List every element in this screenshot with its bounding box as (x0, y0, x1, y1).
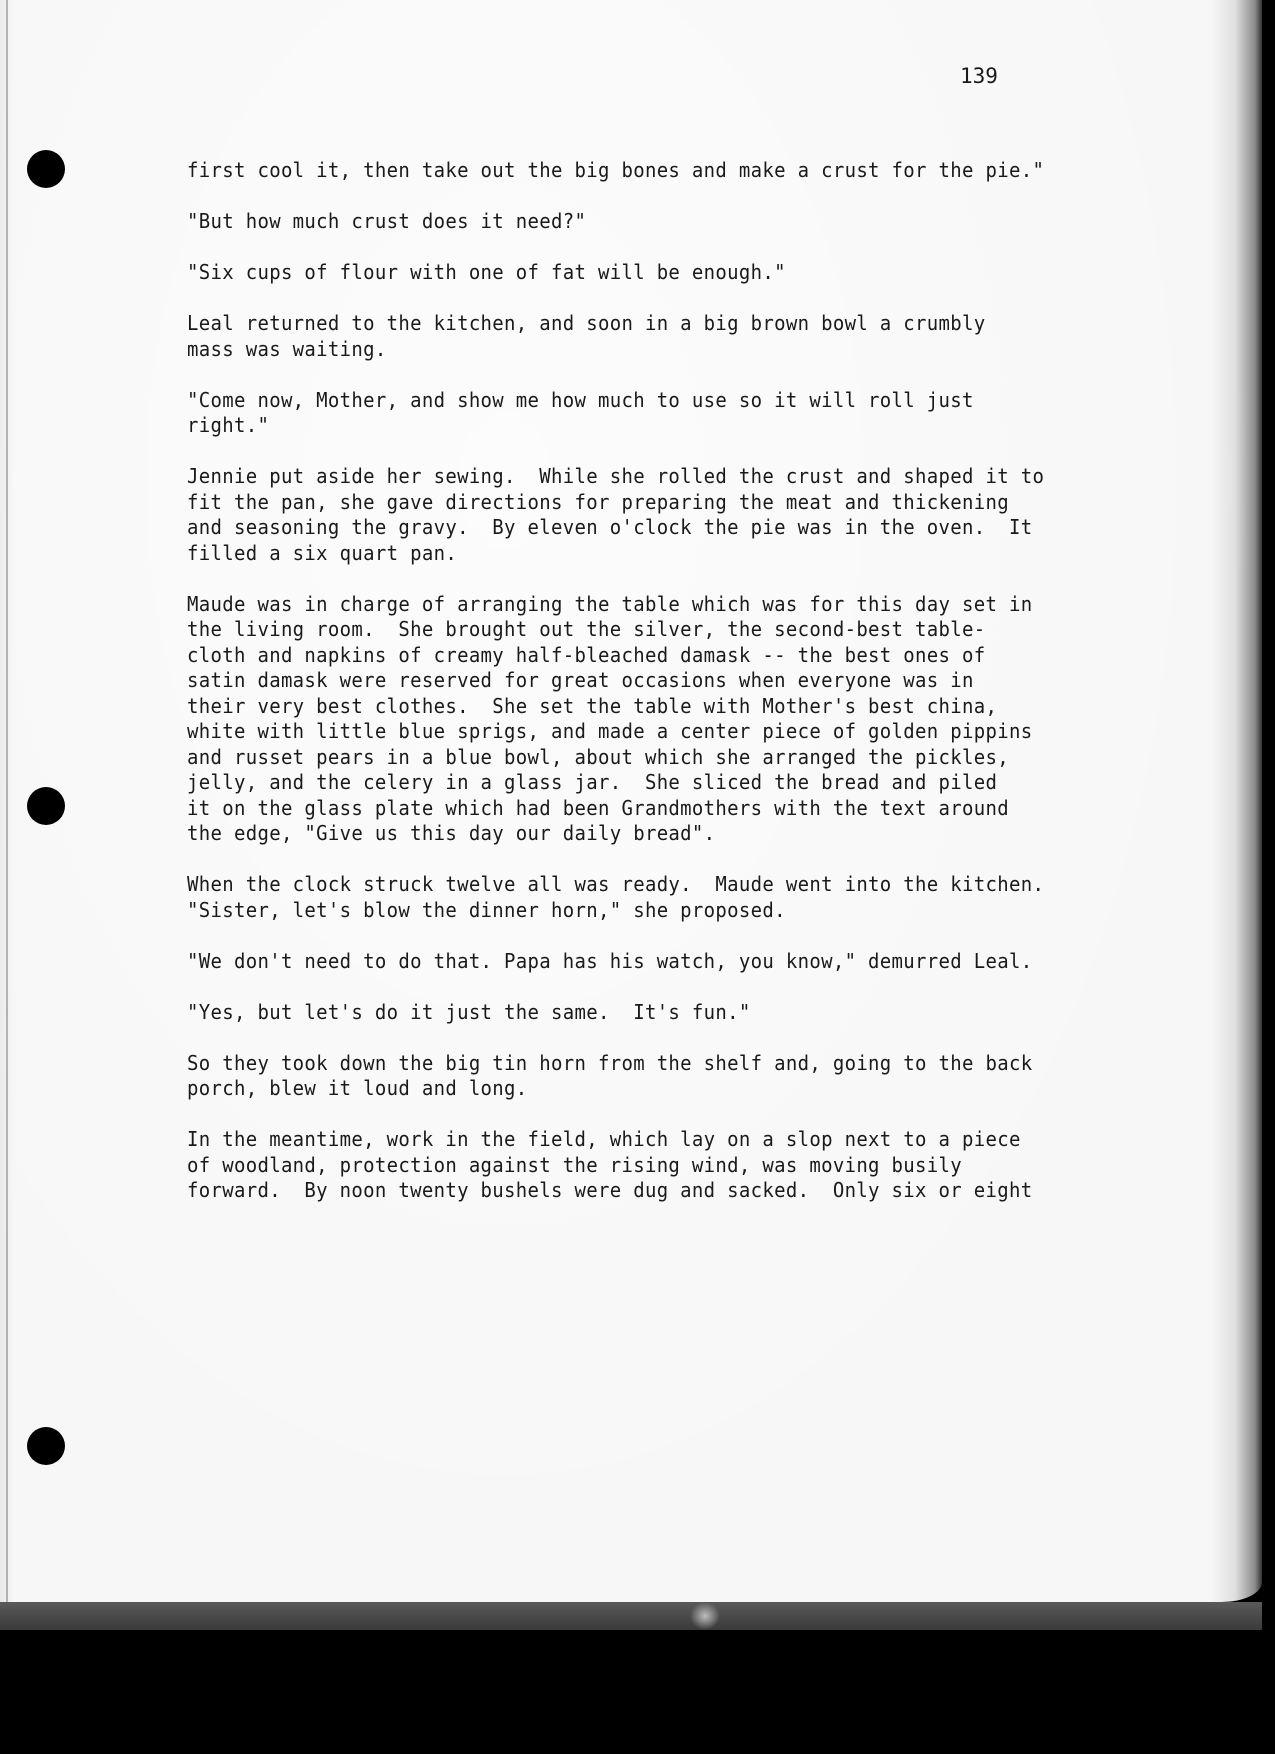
paragraph: "Yes, but let's do it just the same. It'… (187, 1000, 1080, 1026)
text-line: In the meantime, work in the field, whic… (187, 1127, 1021, 1151)
text-line: and seasoning the gravy. By eleven o'clo… (187, 515, 1032, 539)
text-line: cloth and napkins of creamy half-bleache… (187, 643, 985, 667)
text-line: white with little blue sprigs, and made … (187, 719, 1032, 743)
scanner-bed-shadow (0, 1602, 1262, 1630)
text-line: forward. By noon twenty bushels were dug… (187, 1178, 1032, 1202)
text-line: porch, blew it loud and long. (187, 1076, 528, 1100)
text-line: right." (187, 413, 269, 437)
page-left-edge (6, 0, 8, 1602)
paragraph: "Come now, Mother, and show me how much … (187, 388, 1080, 439)
paragraph: "But how much crust does it need?" (187, 209, 1080, 235)
text-line: the living room. She brought out the sil… (187, 617, 985, 641)
page-number: 139 (960, 64, 998, 88)
text-line: filled a six quart pan. (187, 541, 457, 565)
paragraph: When the clock struck twelve all was rea… (187, 872, 1080, 923)
paragraph: So they took down the big tin horn from … (187, 1051, 1080, 1102)
text-line: the edge, "Give us this day our daily br… (187, 821, 715, 845)
text-line: fit the pan, she gave directions for pre… (187, 490, 1009, 514)
text-line: Jennie put aside her sewing. While she r… (187, 464, 1044, 488)
punch-hole-top (27, 150, 65, 188)
text-line: jelly, and the celery in a glass jar. Sh… (187, 770, 997, 794)
paragraph: Leal returned to the kitchen, and soon i… (187, 311, 1080, 362)
text-line: it on the glass plate which had been Gra… (187, 796, 1009, 820)
paragraph: Maude was in charge of arranging the tab… (187, 592, 1080, 847)
scanner-glare (690, 1602, 720, 1630)
text-line: "We don't need to do that. Papa has his … (187, 949, 1032, 973)
paragraph: "Six cups of flour with one of fat will … (187, 260, 1080, 286)
text-line: So they took down the big tin horn from … (187, 1051, 1032, 1075)
text-line: "But how much crust does it need?" (187, 209, 586, 233)
text-line: first cool it, then take out the big bon… (187, 158, 1044, 182)
scanned-document: 139 first cool it, then take out the big… (0, 0, 1275, 1754)
text-line: and russet pears in a blue bowl, about w… (187, 745, 1009, 769)
text-line: "Yes, but let's do it just the same. It'… (187, 1000, 751, 1024)
paragraph: Jennie put aside her sewing. While she r… (187, 464, 1080, 566)
text-line: satin damask were reserved for great occ… (187, 668, 974, 692)
text-line: "Come now, Mother, and show me how much … (187, 388, 974, 412)
text-line: mass was waiting. (187, 337, 387, 361)
punch-hole-middle (27, 787, 65, 825)
text-line: Maude was in charge of arranging the tab… (187, 592, 1032, 616)
paragraph: In the meantime, work in the field, whic… (187, 1127, 1080, 1204)
body-text: first cool it, then take out the big bon… (187, 158, 1080, 1229)
text-line: Leal returned to the kitchen, and soon i… (187, 311, 985, 335)
text-line: "Six cups of flour with one of fat will … (187, 260, 786, 284)
text-line: When the clock struck twelve all was rea… (187, 872, 1044, 896)
text-line: of woodland, protection against the risi… (187, 1153, 962, 1177)
punch-hole-bottom (27, 1427, 65, 1465)
text-line: "Sister, let's blow the dinner horn," sh… (187, 898, 786, 922)
paragraph: "We don't need to do that. Papa has his … (187, 949, 1080, 975)
text-line: their very best clothes. She set the tab… (187, 694, 997, 718)
paper-page: 139 first cool it, then take out the big… (0, 0, 1262, 1602)
paragraph: first cool it, then take out the big bon… (187, 158, 1080, 184)
